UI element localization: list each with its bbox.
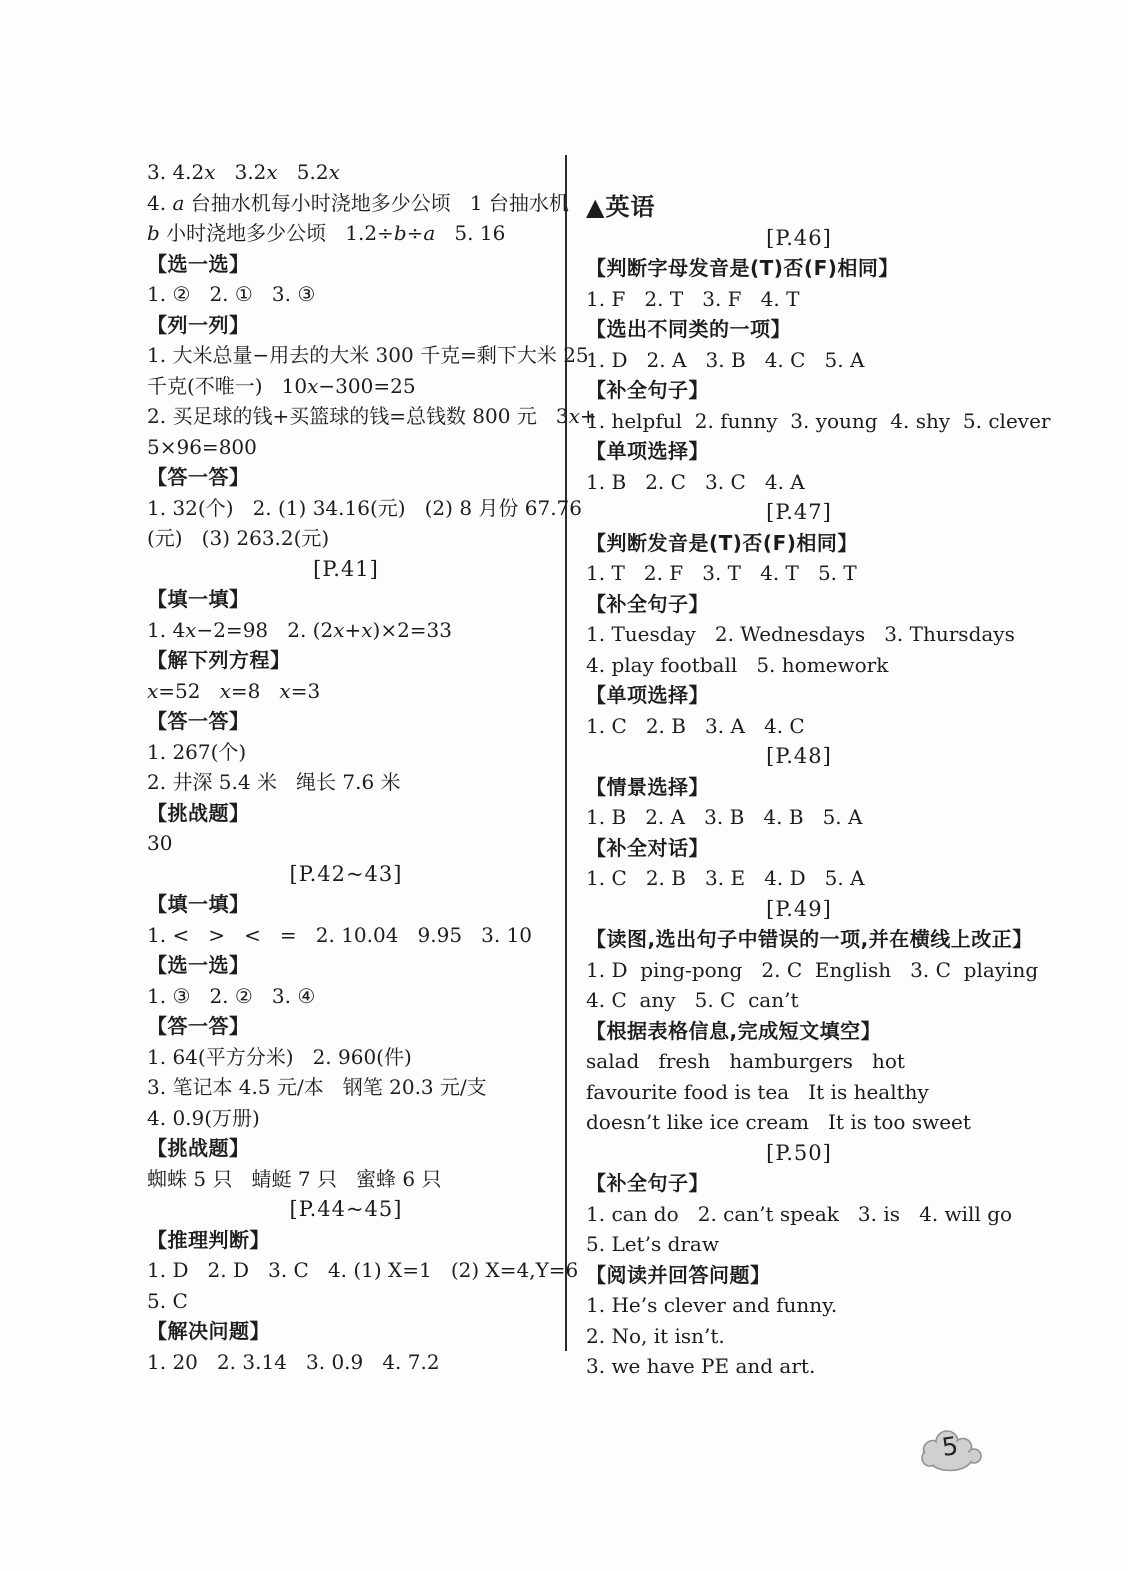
page-marker: [P.47] [586,497,1012,528]
answer-line: 1. ③ 2. ② 3. ④ [147,981,545,1012]
answer-line: 1. 20 2. 3.14 3. 0.9 4. 7.2 [147,1347,545,1378]
english-answers-column: ▲英语[P.46]【判断字母发音是(T)否(F)相同】1. F 2. T 3. … [586,192,1012,1382]
page-number: 5 [938,1431,962,1463]
answer-line: 蜘蛛 5 只 蜻蜓 7 只 蜜蜂 6 只 [147,1164,545,1195]
answer-line: 1. T 2. F 3. T 4. T 5. T [586,558,1012,589]
answer-line: 5×96=800 [147,432,545,463]
answer-line: 1. 4x−2=98 2. (2x+x)×2=33 [147,615,545,646]
answer-line: 1. helpful 2. funny 3. young 4. shy 5. c… [586,406,1012,437]
answer-line: 4. C any 5. C can’t [586,985,1012,1016]
answer-line: 1. 64(平方分米) 2. 960(件) [147,1042,545,1073]
section-header: 【阅读并回答问题】 [586,1260,1012,1291]
answer-line: 4. play football 5. homework [586,650,1012,681]
answer-line: 1. 大米总量−用去的大米 300 千克=剩下大米 25 [147,340,545,371]
answer-line: 1. He’s clever and funny. [586,1290,1012,1321]
section-header: 【补全句子】 [586,1168,1012,1199]
answer-line: b 小时浇地多少公顷 1.2÷b÷a 5. 16 [147,218,545,249]
answer-line: 1. C 2. B 3. E 4. D 5. A [586,863,1012,894]
answer-line: 1. < > < = 2. 10.04 9.95 3. 10 [147,920,545,951]
page-marker: [P.49] [586,894,1012,925]
page-marker: [P.42~43] [147,859,545,890]
section-header: 【情景选择】 [586,772,1012,803]
answer-line: 2. 买足球的钱+买篮球的钱=总钱数 800 元 3x+ [147,401,545,432]
answer-line: (元) (3) 263.2(元) [147,523,545,554]
answer-line: x=52 x=8 x=3 [147,676,545,707]
answer-line: 1. B 2. C 3. C 4. A [586,467,1012,498]
answer-line: 5. C [147,1286,545,1317]
answer-line: favourite food is tea It is healthy [586,1077,1012,1108]
answer-line: 1. 32(个) 2. (1) 34.16(元) (2) 8 月份 67.76 [147,493,545,524]
answer-line: 4. a 台抽水机每小时浇地多少公顷 1 台抽水机 [147,188,545,219]
answer-line: 1. C 2. B 3. A 4. C [586,711,1012,742]
section-header: 【判断字母发音是(T)否(F)相同】 [586,253,1012,284]
section-header: 【根据表格信息,完成短文填空】 [586,1016,1012,1047]
section-header: 【答一答】 [147,462,545,493]
answer-line: 千克(不唯一) 10x−300=25 [147,371,545,402]
section-header: 【推理判断】 [147,1225,545,1256]
section-header: 【单项选择】 [586,436,1012,467]
answer-line: 3. 4.2x 3.2x 5.2x [147,157,545,188]
answer-line: 1. D 2. D 3. C 4. (1) X=1 (2) X=4,Y=6 [147,1255,545,1286]
page-marker: [P.48] [586,741,1012,772]
page-marker: [P.50] [586,1138,1012,1169]
answer-line: 1. can do 2. can’t speak 3. is 4. will g… [586,1199,1012,1230]
answer-line: 1. Tuesday 2. Wednesdays 3. Thursdays [586,619,1012,650]
answer-line: 4. 0.9(万册) [147,1103,545,1134]
section-header: 【答一答】 [147,1011,545,1042]
section-header: 【答一答】 [147,706,545,737]
subject-heading: ▲英语 [586,192,1012,223]
answer-line: 1. F 2. T 3. F 4. T [586,284,1012,315]
page-marker: [P.44~45] [147,1194,545,1225]
answer-line: 1. ② 2. ① 3. ③ [147,279,545,310]
page-number-cloud: 5 [916,1428,986,1478]
section-header: 【挑战题】 [147,1133,545,1164]
section-header: 【补全句子】 [586,589,1012,620]
answer-line: 1. D ping-pong 2. C English 3. C playing [586,955,1012,986]
answer-line: salad fresh hamburgers hot [586,1046,1012,1077]
answer-line: 1. 267(个) [147,737,545,768]
answer-line: 3. 笔记本 4.5 元/本 钢笔 20.3 元/支 [147,1072,545,1103]
section-header: 【填一填】 [147,584,545,615]
answer-line: 30 [147,828,545,859]
answer-line: 2. 井深 5.4 米 绳长 7.6 米 [147,767,545,798]
section-header: 【补全对话】 [586,833,1012,864]
section-header: 【选一选】 [147,950,545,981]
answer-line: doesn’t like ice cream It is too sweet [586,1107,1012,1138]
section-header: 【列一列】 [147,310,545,341]
section-header: 【判断发音是(T)否(F)相同】 [586,528,1012,559]
section-header: 【解决问题】 [147,1316,545,1347]
answer-line: 5. Let’s draw [586,1229,1012,1260]
answer-line: 1. B 2. A 3. B 4. B 5. A [586,802,1012,833]
section-header: 【挑战题】 [147,798,545,829]
section-header: 【选出不同类的一项】 [586,314,1012,345]
section-header: 【补全句子】 [586,375,1012,406]
answer-line: 1. D 2. A 3. B 4. C 5. A [586,345,1012,376]
page-marker: [P.41] [147,554,545,585]
section-header: 【填一填】 [147,889,545,920]
section-header: 【单项选择】 [586,680,1012,711]
math-answers-column: 3. 4.2x 3.2x 5.2x4. a 台抽水机每小时浇地多少公顷 1 台抽… [147,157,545,1377]
section-header: 【读图,选出句子中错误的一项,并在横线上改正】 [586,924,1012,955]
page-marker: [P.46] [586,223,1012,254]
column-divider [565,155,567,1351]
section-header: 【选一选】 [147,249,545,280]
answer-line: 3. we have PE and art. [586,1351,1012,1382]
answer-line: 2. No, it isn’t. [586,1321,1012,1352]
section-header: 【解下列方程】 [147,645,545,676]
